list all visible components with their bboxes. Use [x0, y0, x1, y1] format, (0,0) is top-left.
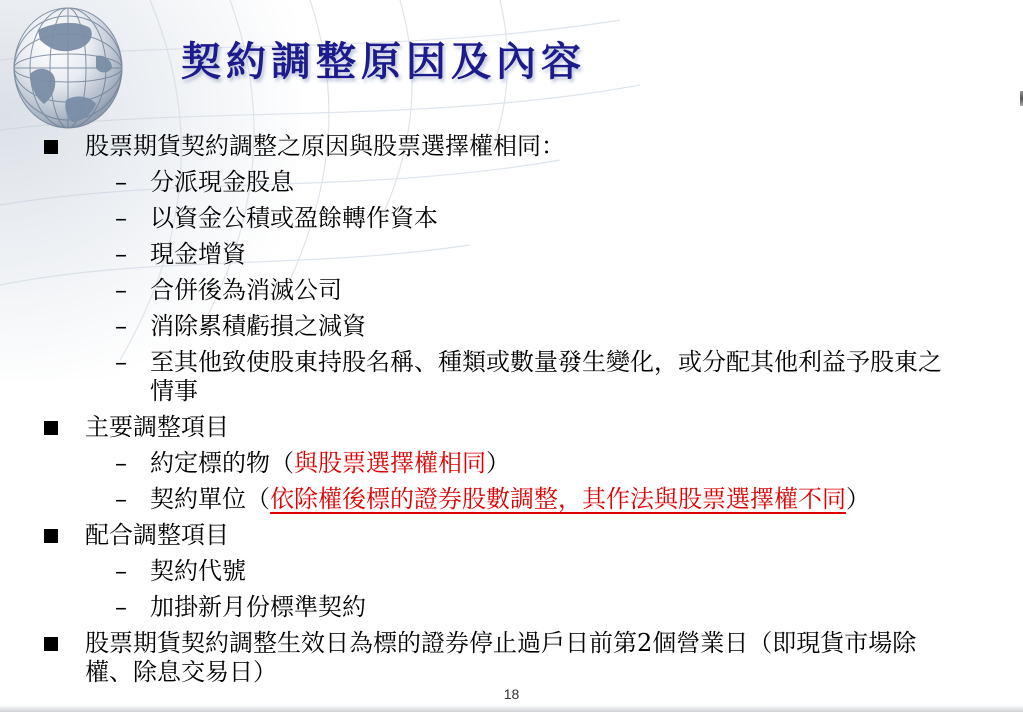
plain-text: 現金增資 [150, 240, 246, 268]
plain-text: 主要調整項目 [85, 413, 229, 441]
bullet-text: 合併後為消滅公司 [150, 276, 963, 305]
plain-text: ） [846, 485, 870, 513]
sub-bullet-item: –加掛新月份標準契約 [0, 593, 1023, 622]
plain-text: 契約代號 [150, 557, 246, 585]
sub-bullet-item: –約定標的物（與股票選擇權相同） [0, 449, 1023, 478]
bullet-item: 股票期貨契約調整之原因與股票選擇權相同： [0, 132, 1023, 161]
sub-bullet-item: –現金增資 [0, 240, 1023, 269]
slide-bottom-shadow [0, 705, 1023, 712]
dash-bullet-icon: – [115, 168, 131, 197]
plain-text: 契約單位（ [150, 485, 270, 513]
bullet-text: 以資金公積或盈餘轉作資本 [150, 204, 963, 233]
sub-bullet-item: –分派現金股息 [0, 168, 1023, 197]
plain-text: 加掛新月份標準契約 [150, 593, 366, 621]
bullet-text: 契約單位（依除權後標的證券股數調整，其作法與股票選擇權不同） [150, 485, 963, 514]
sub-bullet-item: –以資金公積或盈餘轉作資本 [0, 204, 1023, 233]
page-number: 18 [0, 686, 1023, 702]
plain-text: 股票期貨契約調整生效日為標的證券停止過戶日前第2個營業日（即現貨市場除權、除息交… [85, 629, 916, 686]
bullet-text: 主要調整項目 [85, 413, 963, 442]
plain-text: 至其他致使股東持股名稱、種類或數量發生變化，或分配其他利益予股東之情事 [150, 348, 942, 405]
plain-text: 以資金公積或盈餘轉作資本 [150, 204, 438, 232]
globe-logo-icon [8, 4, 130, 132]
sub-bullet-item: –契約單位（依除權後標的證券股數調整，其作法與股票選擇權不同） [0, 485, 1023, 514]
bullet-text: 加掛新月份標準契約 [150, 593, 963, 622]
slide: 契約調整原因及內容 股票期貨契約調整之原因與股票選擇權相同：–分派現金股息–以資… [0, 0, 1023, 712]
dash-bullet-icon: – [115, 276, 131, 305]
dash-bullet-icon: – [115, 204, 131, 233]
dash-bullet-icon: – [115, 449, 131, 478]
square-bullet-icon [44, 140, 58, 154]
sub-bullet-item: –消除累積虧損之減資 [0, 312, 1023, 341]
plain-text: 分派現金股息 [150, 168, 294, 196]
sub-bullet-item: –契約代號 [0, 557, 1023, 586]
bullet-text: 契約代號 [150, 557, 963, 586]
bullet-text: 至其他致使股東持股名稱、種類或數量發生變化，或分配其他利益予股東之情事 [150, 348, 963, 406]
dash-bullet-icon: – [115, 240, 131, 269]
bullet-list: 股票期貨契約調整之原因與股票選擇權相同：–分派現金股息–以資金公積或盈餘轉作資本… [0, 132, 1023, 694]
bullet-item: 配合調整項目 [0, 521, 1023, 550]
bullet-text: 配合調整項目 [85, 521, 963, 550]
bullet-text: 股票期貨契約調整生效日為標的證券停止過戶日前第2個營業日（即現貨市場除權、除息交… [85, 629, 963, 687]
plain-text: 配合調整項目 [85, 521, 229, 549]
square-bullet-icon [44, 421, 58, 435]
plain-text: 合併後為消滅公司 [150, 276, 342, 304]
bullet-text: 現金增資 [150, 240, 963, 269]
bullet-text: 消除累積虧損之減資 [150, 312, 963, 341]
dash-bullet-icon: – [115, 593, 131, 622]
bullet-item: 股票期貨契約調整生效日為標的證券停止過戶日前第2個營業日（即現貨市場除權、除息交… [0, 629, 1023, 687]
dash-bullet-icon: – [115, 348, 131, 377]
emphasis-red-text: 依除權後標的證券股數調整，其作法與股票選擇權不同 [270, 485, 846, 513]
sub-bullet-item: –至其他致使股東持股名稱、種類或數量發生變化，或分配其他利益予股東之情事 [0, 348, 1023, 406]
plain-text: 股票期貨契約調整之原因與股票選擇權相同： [85, 132, 565, 160]
dash-bullet-icon: – [115, 557, 131, 586]
plain-text: ） [486, 449, 510, 477]
bullet-text: 股票期貨契約調整之原因與股票選擇權相同： [85, 132, 963, 161]
dash-bullet-icon: – [115, 312, 131, 341]
dash-bullet-icon: – [115, 485, 131, 514]
square-bullet-icon [44, 529, 58, 543]
bullet-text: 約定標的物（與股票選擇權相同） [150, 449, 963, 478]
sub-bullet-item: –合併後為消滅公司 [0, 276, 1023, 305]
plain-text: 約定標的物（ [150, 449, 294, 477]
emphasis-red-text: 與股票選擇權相同 [294, 449, 486, 477]
bullet-item: 主要調整項目 [0, 413, 1023, 442]
square-bullet-icon [44, 637, 58, 651]
slide-title: 契約調整原因及內容 [181, 30, 586, 87]
plain-text: 消除累積虧損之減資 [150, 312, 366, 340]
bullet-text: 分派現金股息 [150, 168, 963, 197]
